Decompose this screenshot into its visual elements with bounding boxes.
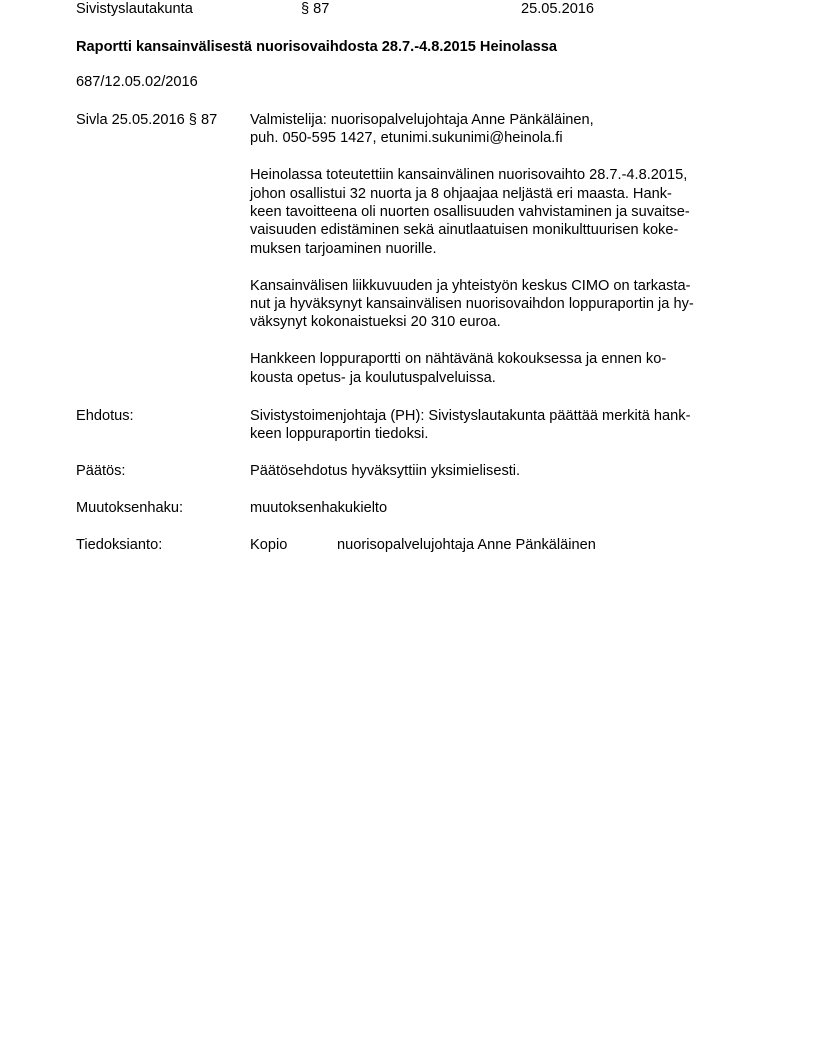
proposal-line: keen loppuraportin tiedoksi.	[250, 425, 750, 443]
header-date: 25.05.2016	[521, 0, 594, 18]
notification-label: Tiedoksianto:	[76, 536, 162, 554]
decision-text: Päätösehdotus hyväksyttiin yksimielisest…	[250, 462, 750, 480]
copy-recipient: nuorisopalvelujohtaja Anne Pänkäläinen	[337, 537, 596, 553]
paragraph-line: Heinolassa toteutettiin kansainvälinen n…	[250, 166, 750, 184]
proposal-line: Sivistystoimenjohtaja (PH): Sivistyslaut…	[250, 407, 750, 425]
diary-number: 687/12.05.02/2016	[76, 73, 198, 91]
paragraph-background: Heinolassa toteutettiin kansainvälinen n…	[250, 166, 750, 258]
preparer-info: Valmistelija: nuorisopalvelujohtaja Anne…	[250, 111, 750, 148]
appeal-text: muutoksenhakukielto	[250, 499, 750, 517]
header-section: § 87	[301, 0, 329, 18]
paragraph-report-availability: Hankkeen loppuraportti on nähtävänä koko…	[250, 350, 750, 387]
proposal-label: Ehdotus:	[76, 407, 134, 425]
paragraph-line: muksen tarjoaminen nuorille.	[250, 240, 750, 258]
preparation-label: Sivla 25.05.2016 § 87	[76, 111, 217, 129]
paragraph-line: vaisuuden edistäminen sekä ainutlaatuise…	[250, 221, 750, 239]
copy-label: Kopio	[250, 536, 337, 554]
paragraph-line: Hankkeen loppuraportti on nähtävänä koko…	[250, 350, 750, 368]
paragraph-line: johon osallistui 32 nuorta ja 8 ohjaajaa…	[250, 185, 750, 203]
proposal-text: Sivistystoimenjohtaja (PH): Sivistyslaut…	[250, 407, 750, 444]
paragraph-line: Kansainvälisen liikkuvuuden ja yhteistyö…	[250, 277, 750, 295]
notification-content: Kopionuorisopalvelujohtaja Anne Pänkäläi…	[250, 536, 750, 554]
document-title: Raportti kansainvälisestä nuorisovaihdos…	[76, 38, 557, 56]
preparation-content: Valmistelija: nuorisopalvelujohtaja Anne…	[250, 111, 750, 405]
proposal-content: Sivistystoimenjohtaja (PH): Sivistyslaut…	[250, 407, 750, 462]
paragraph-line: keen tavoitteena oli nuorten osallisuude…	[250, 203, 750, 221]
preparer-line: Valmistelija: nuorisopalvelujohtaja Anne…	[250, 111, 750, 129]
preparer-contact-line: puh. 050-595 1427, etunimi.sukunimi@hein…	[250, 129, 750, 147]
appeal-label: Muutoksenhaku:	[76, 499, 183, 517]
header-committee: Sivistyslautakunta	[76, 0, 193, 18]
paragraph-funding: Kansainvälisen liikkuvuuden ja yhteistyö…	[250, 277, 750, 332]
decision-label: Päätös:	[76, 462, 126, 480]
paragraph-line: nut ja hyväksynyt kansainvälisen nuoriso…	[250, 295, 750, 313]
paragraph-line: kousta opetus- ja koulutuspalveluissa.	[250, 369, 750, 387]
paragraph-line: väksynyt kokonaistueksi 20 310 euroa.	[250, 313, 750, 331]
